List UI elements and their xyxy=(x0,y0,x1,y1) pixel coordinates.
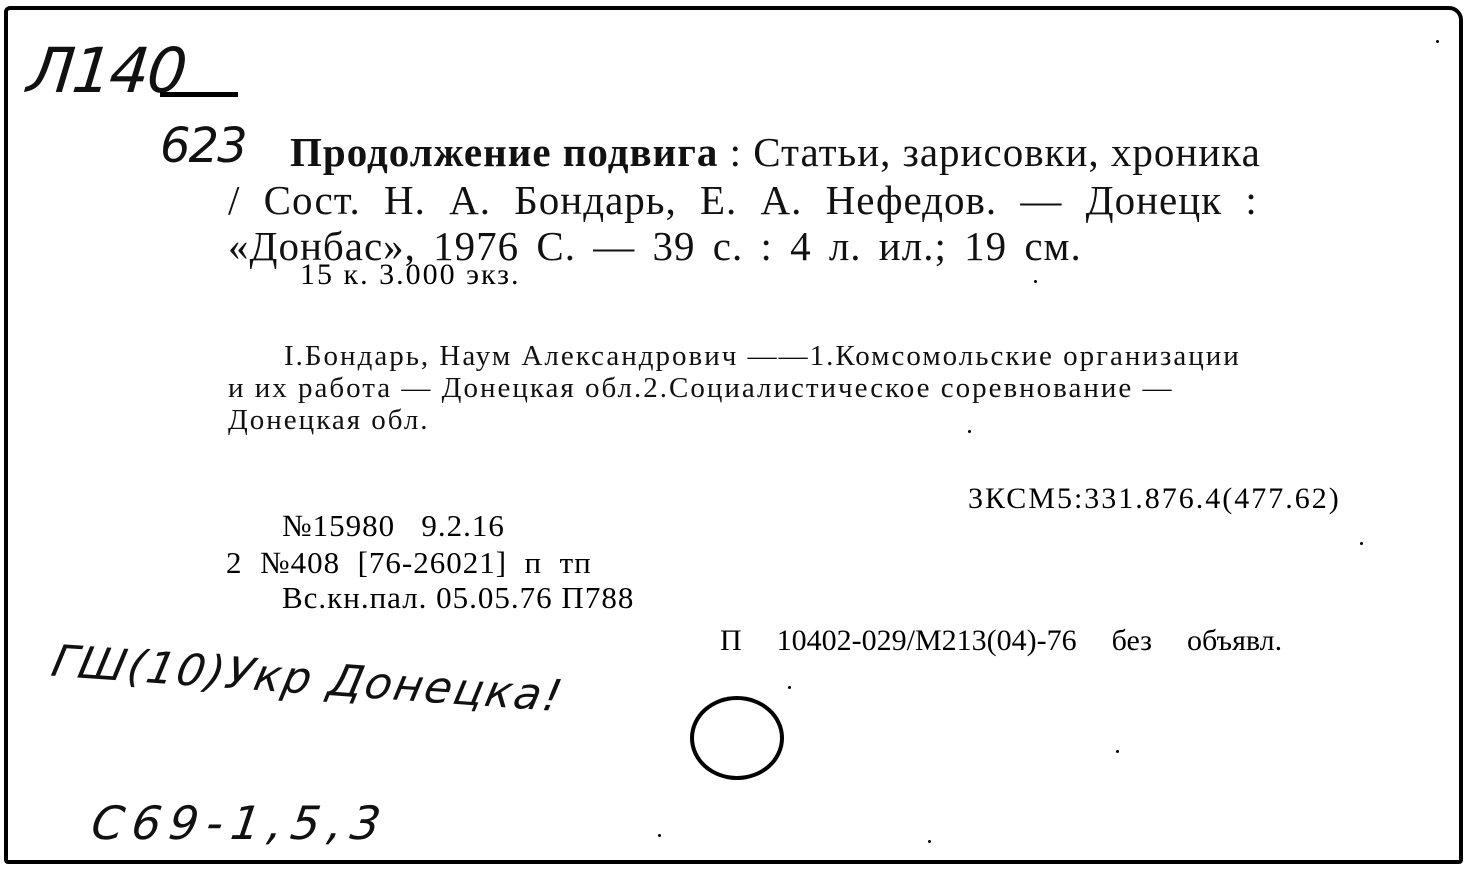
speck xyxy=(928,840,931,843)
book-title: Продолжение подвига xyxy=(290,129,718,175)
tech-line-2: 2 №408 [76-26021] п тп xyxy=(226,545,592,581)
inventory-number: С69-1,5,3 xyxy=(88,796,392,850)
subject-line-1: I.Бондарь, Наум Александрович ——1.Комсом… xyxy=(284,340,1241,373)
speck xyxy=(1116,750,1119,753)
price-print-run: 15 к. 3.000 экз. xyxy=(300,258,520,292)
speck xyxy=(788,686,791,689)
shelf-mark-bottom: 623 xyxy=(160,118,246,174)
description-line-2: / Сост. Н. А. Бондарь, Е. А. Нефедов. — … xyxy=(228,176,1258,224)
tech-line-1: №15980 9.2.16 xyxy=(282,508,505,544)
speck xyxy=(1436,40,1439,43)
shelf-mark-rule xyxy=(160,92,238,97)
classification-code: 3КСМ5:331.876.4(477.62) xyxy=(968,482,1341,516)
speck xyxy=(1360,542,1363,545)
description-line-1: Продолжение подвига : Статьи, зарисовки,… xyxy=(290,128,1261,176)
subtitle: : Статьи, зарисовки, хроника xyxy=(718,129,1260,175)
circle-mark-icon xyxy=(690,696,784,780)
speck xyxy=(1034,280,1037,283)
speck xyxy=(968,430,971,433)
speck xyxy=(658,834,661,837)
tech-line-3: Вс.кн.пал. 05.05.76 П788 xyxy=(282,580,634,616)
index-line: П 10402-029/М213(04)-76 без объявл. xyxy=(720,624,1282,658)
subject-line-3: Донецкая обл. xyxy=(228,404,430,437)
subject-line-2: и их работа — Донецкая обл.2.Социалистич… xyxy=(228,372,1174,405)
